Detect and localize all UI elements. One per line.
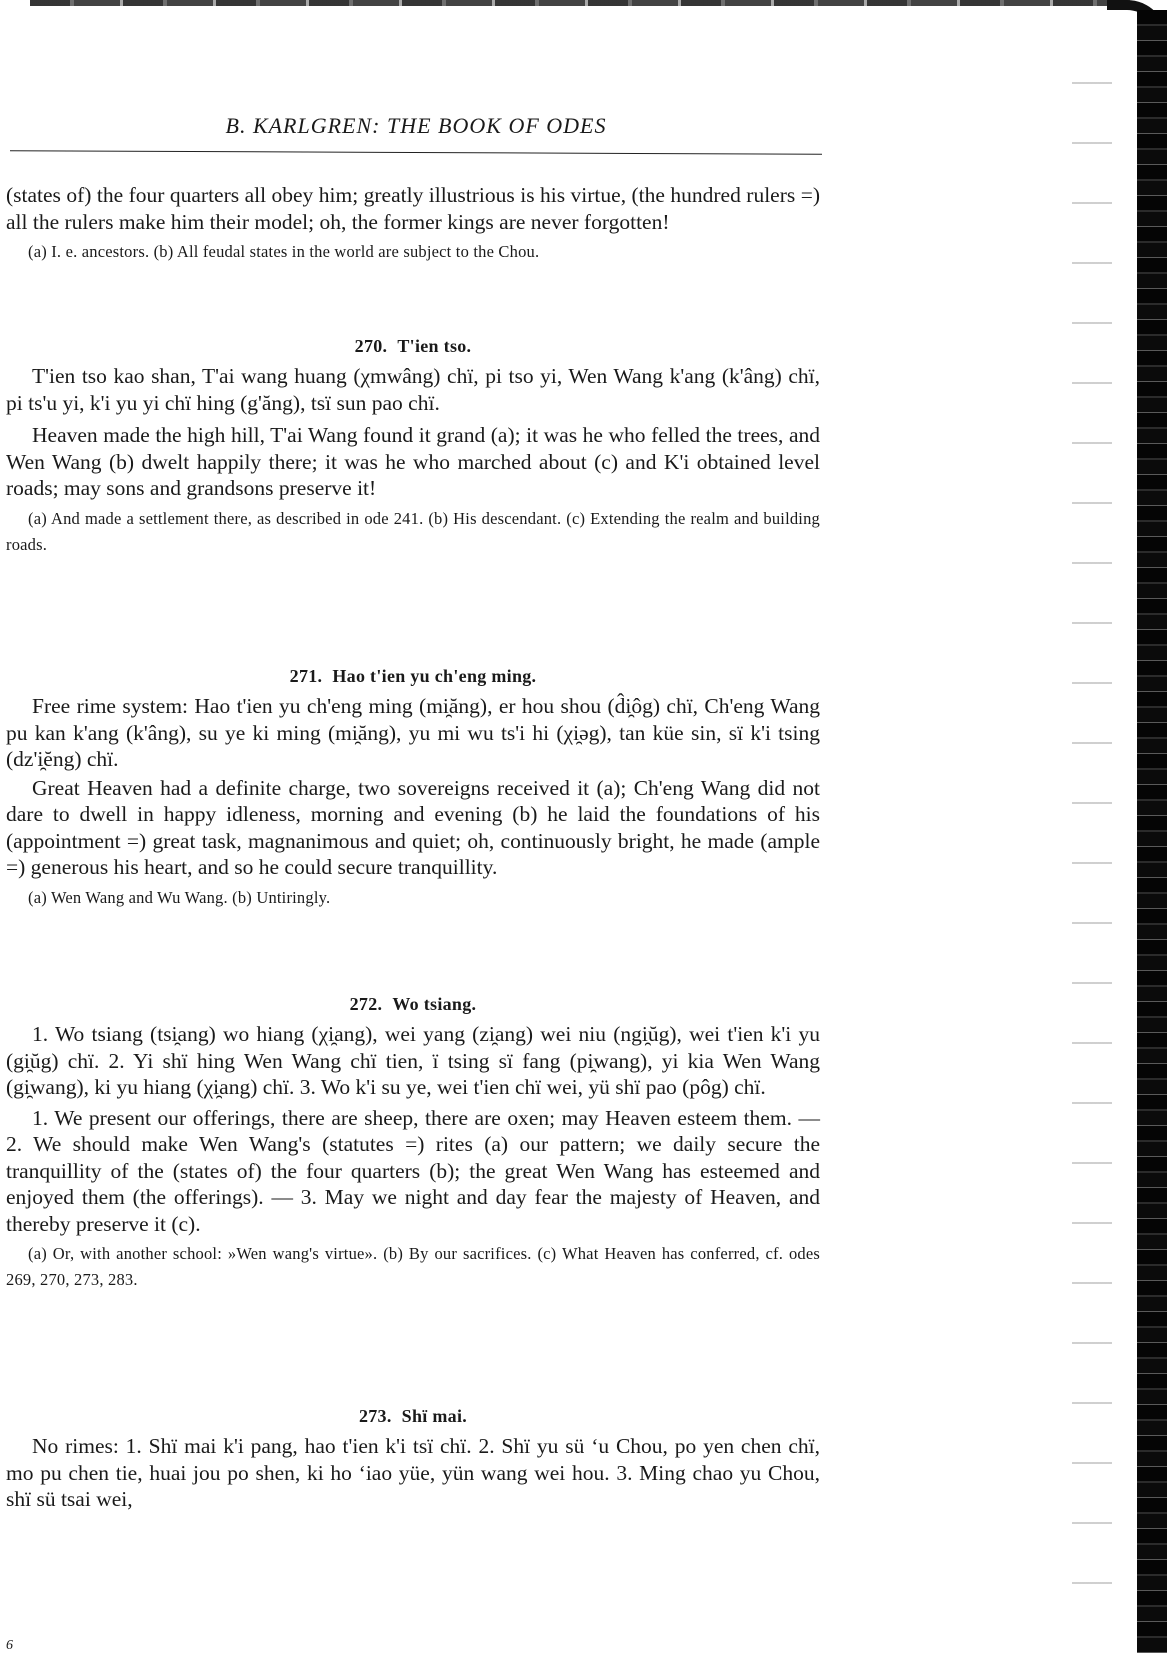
ode-translation: Heaven made the high hill, T'ai Wang fou… <box>6 422 820 502</box>
ode-heading: 272.Wo tsiang. <box>6 994 820 1015</box>
running-head: B. KARLGREN: THE BOOK OF ODES <box>6 113 826 139</box>
scan-book-gutter <box>1137 10 1167 1653</box>
ode-title: Shï mai. <box>402 1406 467 1426</box>
ode-transcription: No rimes: 1. Shï mai k'i pang, hao t'ien… <box>6 1433 820 1513</box>
ode-272: 272.Wo tsiang. 1. Wo tsiang (tsi̯ang) wo… <box>6 994 820 1293</box>
ode-number: 271. <box>290 666 323 686</box>
ode-transcription: Free rime system: Hao t'ien yu ch'eng mi… <box>6 693 820 773</box>
ode-notes: (a) Wen Wang and Wu Wang. (b) Untiringly… <box>6 885 820 911</box>
ode-title: Wo tsiang. <box>392 994 476 1014</box>
header-rule <box>10 150 822 155</box>
scan-top-edge <box>30 0 1130 6</box>
ode-number: 272. <box>350 994 383 1014</box>
ode-translation: Great Heaven had a definite charge, two … <box>6 775 820 881</box>
continuation-notes: (a) I. e. ancestors. (b) All feudal stat… <box>6 239 820 265</box>
ode-heading: 270.T'ien tso. <box>6 336 820 357</box>
ode-title: Hao t'ien yu ch'eng ming. <box>332 666 536 686</box>
ode-transcription: 1. Wo tsiang (tsi̯ang) wo hiang (χi̯ang)… <box>6 1021 820 1101</box>
ode-title: T'ien tso. <box>397 336 471 356</box>
ode-heading: 271.Hao t'ien yu ch'eng ming. <box>6 666 820 687</box>
ode-translation: 1. We present our offerings, there are s… <box>6 1105 820 1238</box>
continuation-section: (states of) the four quarters all obey h… <box>6 182 820 265</box>
ode-notes: (a) And made a settlement there, as desc… <box>6 506 820 558</box>
page-folio: 6 <box>6 1638 13 1653</box>
ode-notes: (a) Or, with another school: »Wen wang's… <box>6 1241 820 1293</box>
ode-transcription: T'ien tso kao shan, T'ai wang huang (χmw… <box>6 363 820 416</box>
ode-273: 273.Shï mai. No rimes: 1. Shï mai k'i pa… <box>6 1406 820 1513</box>
ode-heading: 273.Shï mai. <box>6 1406 820 1427</box>
continuation-translation: (states of) the four quarters all obey h… <box>6 182 820 235</box>
ode-270: 270.T'ien tso. T'ien tso kao shan, T'ai … <box>6 336 820 558</box>
ode-number: 270. <box>355 336 388 356</box>
ode-271: 271.Hao t'ien yu ch'eng ming. Free rime … <box>6 666 820 911</box>
scan-margin-noise <box>1072 60 1112 1640</box>
ode-number: 273. <box>359 1406 392 1426</box>
